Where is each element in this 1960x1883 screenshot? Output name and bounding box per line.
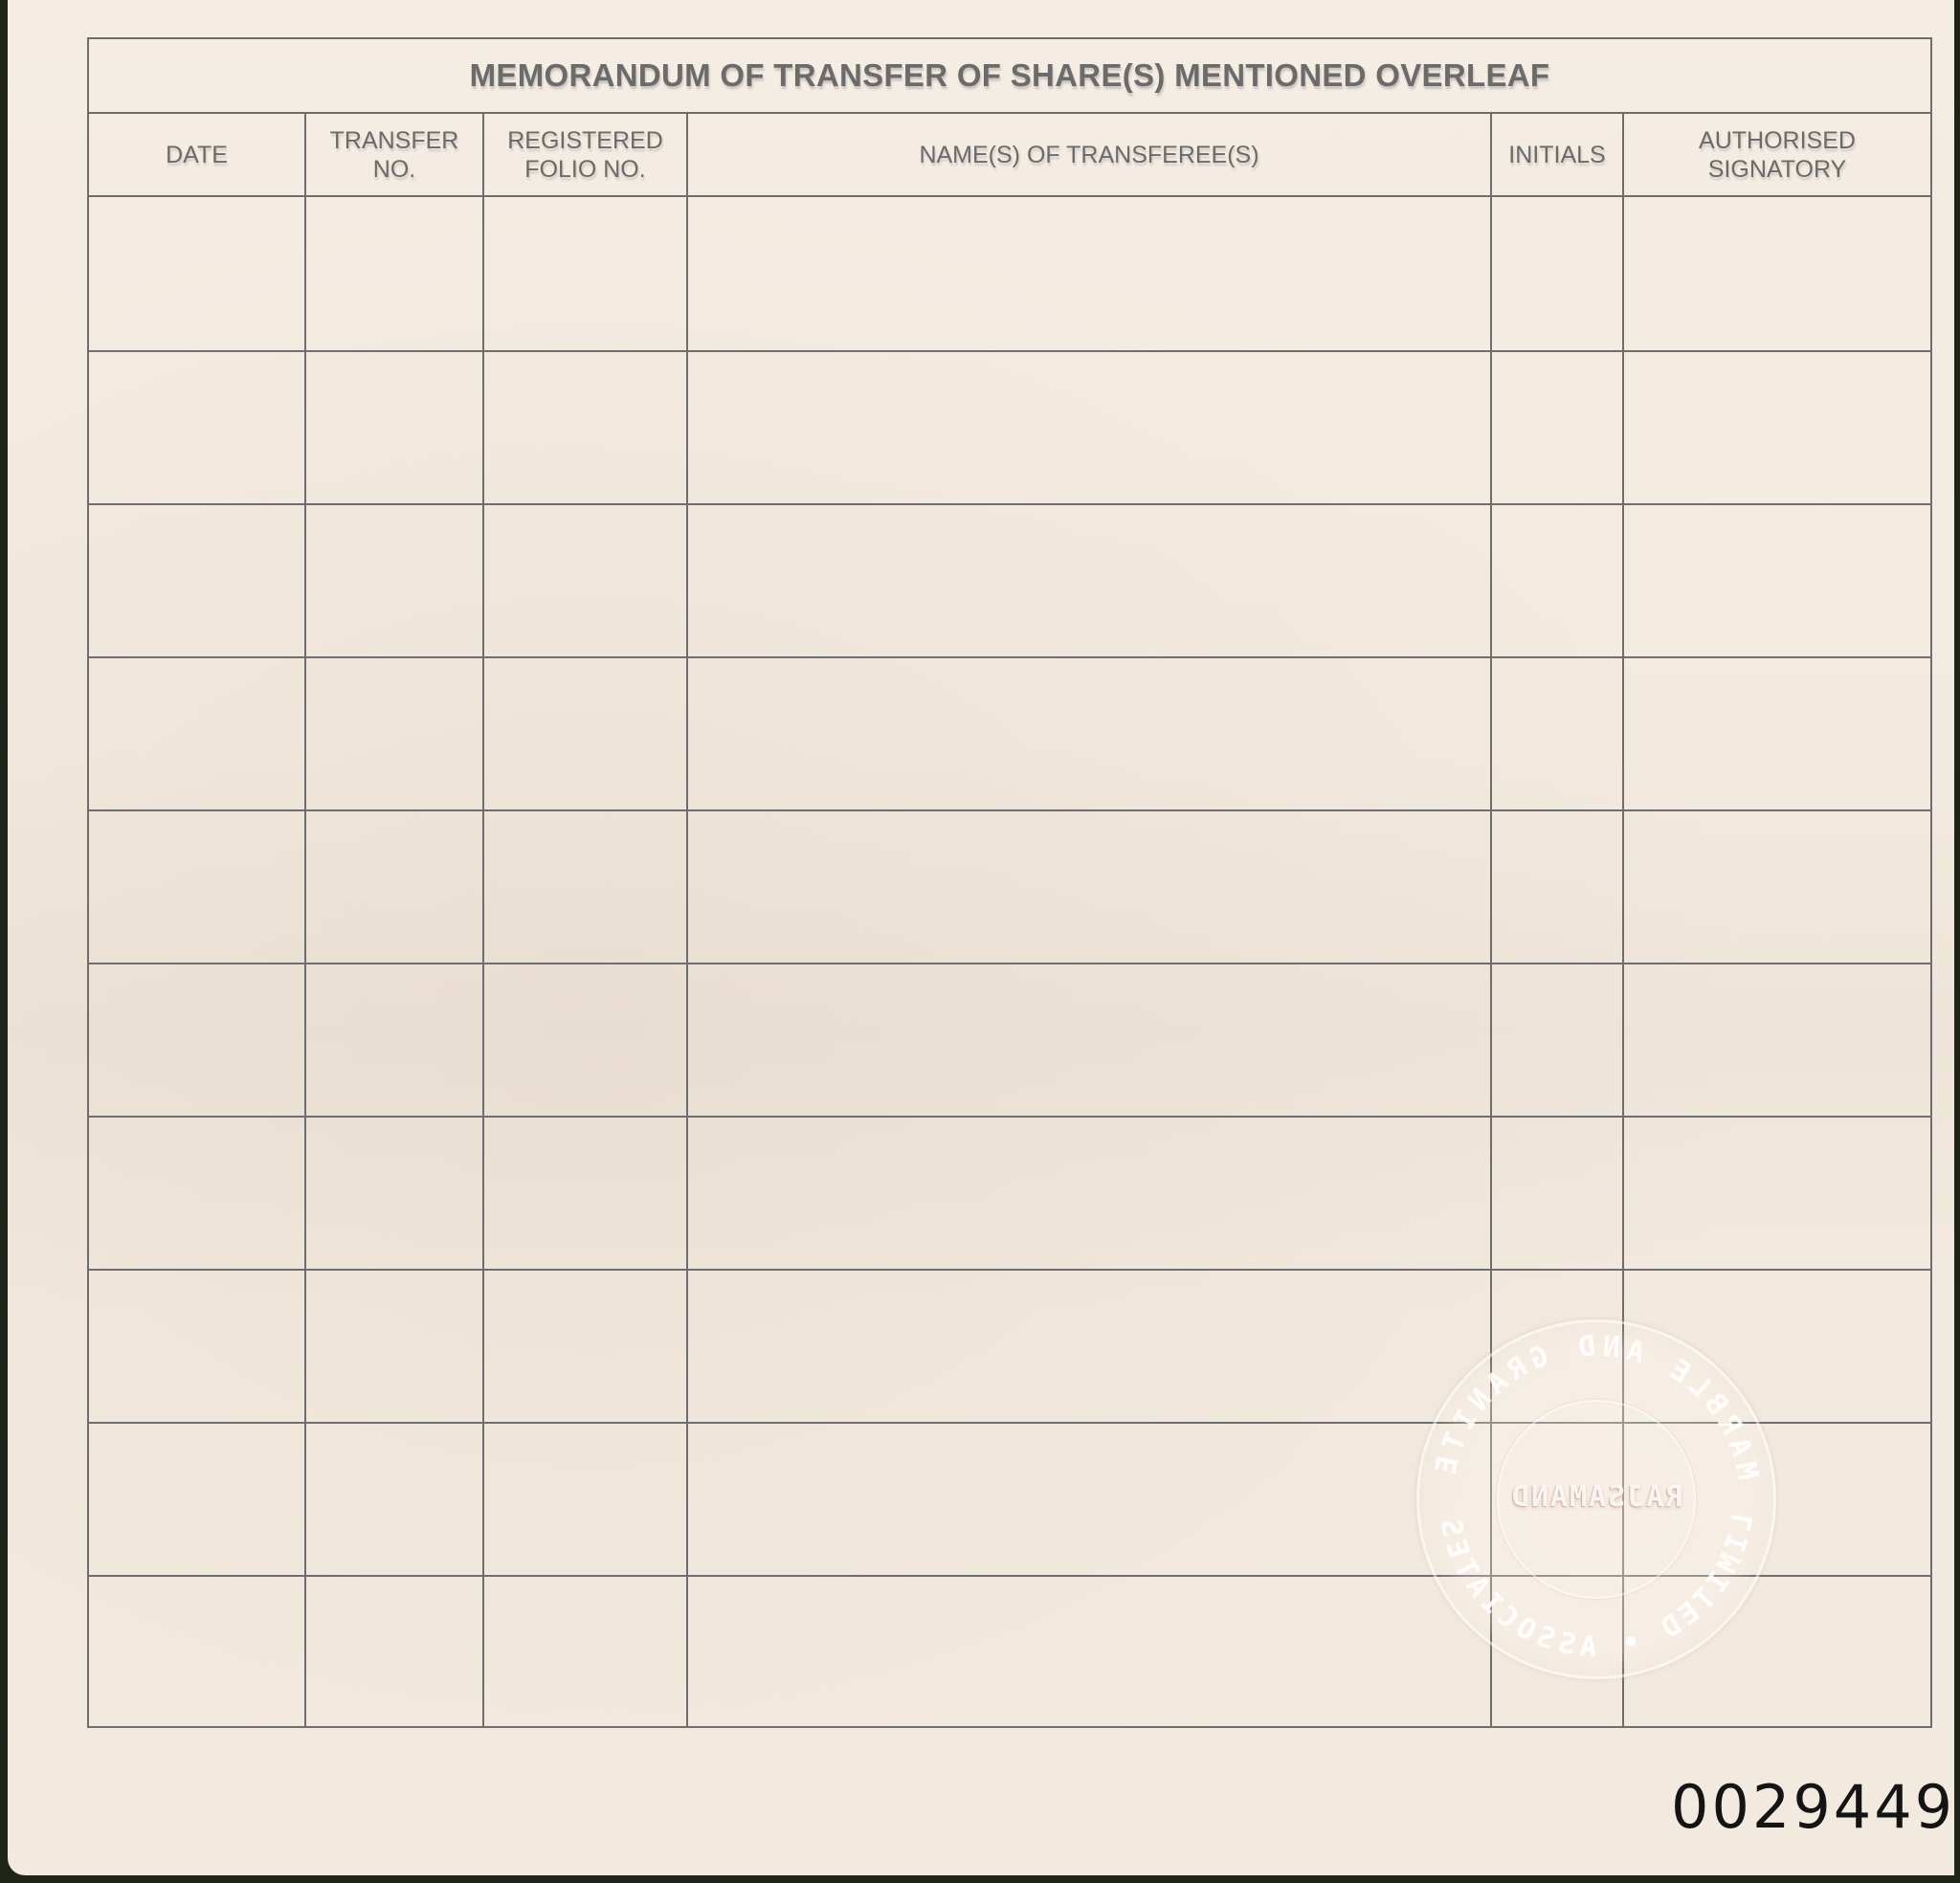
column-header-label: REGISTERED <box>507 126 663 155</box>
column-header-label: NO. <box>330 155 459 184</box>
table-title-row: MEMORANDUM OF TRANSFER OF SHARE(S) MENTI… <box>89 39 1930 114</box>
table-row <box>89 350 1930 503</box>
column-header-authorised-signatory: AUTHORISED SIGNATORY <box>1624 114 1930 195</box>
certificate-serial-number: 0029449 <box>1671 1772 1955 1842</box>
column-header-label: AUTHORISED <box>1699 126 1856 155</box>
column-header-date: DATE <box>89 114 304 195</box>
table-row <box>89 656 1930 809</box>
column-header-label: SIGNATORY <box>1699 155 1856 184</box>
table-row <box>89 503 1930 656</box>
column-header-transfer-no: TRANSFER NO. <box>306 114 482 195</box>
column-header-label: INITIALS <box>1508 141 1605 169</box>
table-row <box>89 809 1930 963</box>
column-header-label: NAME(S) OF TRANSFEREE(S) <box>919 141 1258 169</box>
column-header-names-of-transferees: NAME(S) OF TRANSFEREE(S) <box>688 114 1490 195</box>
column-header-label: DATE <box>166 141 228 169</box>
embossed-seal-icon: MARBLE AND GRANITE LIMITED • ASSOCIATES … <box>1416 1319 1776 1679</box>
column-header-registered-folio-no: REGISTERED FOLIO NO. <box>484 114 686 195</box>
table-header-row: DATE TRANSFER NO. REGISTERED FOLIO NO. N… <box>89 114 1930 197</box>
column-header-label: TRANSFER <box>330 126 459 155</box>
column-header-initials: INITIALS <box>1492 114 1622 195</box>
share-certificate-back-page: MEMORANDUM OF TRANSFER OF SHARE(S) MENTI… <box>8 0 1954 1875</box>
table-row <box>89 1116 1930 1269</box>
table-row <box>89 197 1930 350</box>
table-title: MEMORANDUM OF TRANSFER OF SHARE(S) MENTI… <box>470 57 1550 94</box>
seal-center-text: RAJSAMAND <box>1416 1480 1776 1514</box>
table-row <box>89 963 1930 1116</box>
column-header-label: FOLIO NO. <box>507 155 663 184</box>
